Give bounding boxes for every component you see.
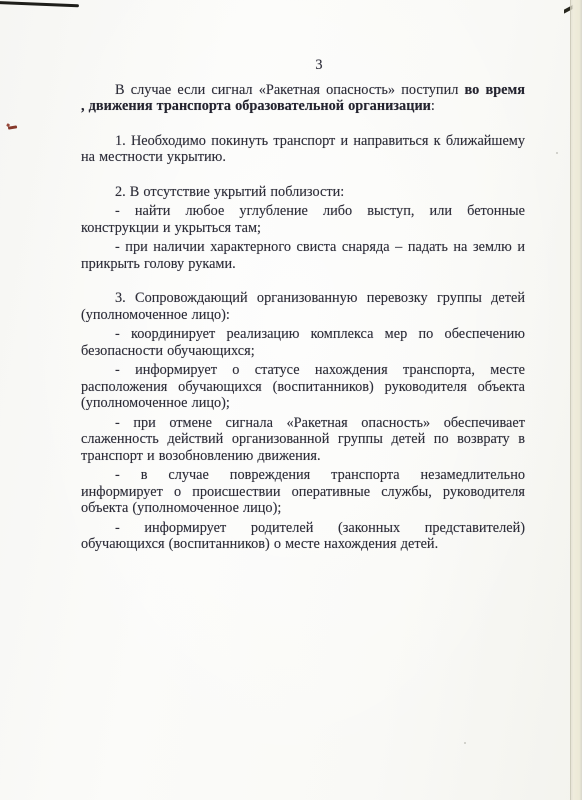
page-number: 3 — [81, 57, 525, 74]
paragraph-item1-leave-transport: 1. Необходимо покинуть транспорт и напра… — [81, 133, 525, 166]
intro-paragraph: В случае если сигнал «Ракетная опасность… — [81, 82, 525, 115]
paragraph-bullet-signal-cancelled: - при отмене сигнала «Ракетная опасность… — [81, 415, 525, 465]
paragraph-item3-escort-person: 3. Сопровождающий организованную перевоз… — [81, 290, 525, 323]
dust-speck — [556, 152, 558, 154]
document-text-block: 3 В случае если сигнал «Ракетная опаснос… — [81, 57, 525, 553]
intro-line1-regular: В случае если сигнал «Ракетная опасность… — [115, 82, 458, 98]
paragraph-bullet-coordinates-measures: - координирует реализацию комплекса мер … — [81, 326, 525, 359]
intro-line2-punct: : — [431, 98, 435, 114]
paragraph-bullet-informs-parents: - информирует родителей (законных предст… — [81, 520, 525, 553]
intro-line-1: В случае если сигнал «Ракетная опасность… — [81, 82, 525, 99]
paragraph-item2-no-shelter: 2. В отсутствие укрытий поблизости: — [81, 184, 525, 201]
intro-line2-bold: , движения транспорта образовательной ор… — [81, 98, 431, 114]
paragraph-bullet-transport-damage: - в случае повреждения транспорта незаме… — [81, 467, 525, 517]
paragraph-bullet-shell-whistle: - при наличии характерного свиста снаряд… — [81, 239, 525, 272]
red-pen-mark — [8, 125, 17, 129]
intro-line1-bold: во время — [465, 82, 525, 98]
paragraph-bullet-informs-status: - информирует о статусе нахождения транс… — [81, 362, 525, 412]
scan-artifact-top-left — [0, 1, 79, 7]
intro-line-2: , движения транспорта образовательной ор… — [81, 98, 525, 115]
scanned-document-page: 3 В случае если сигнал «Ракетная опаснос… — [0, 0, 582, 800]
scanner-margin-strip — [570, 0, 582, 800]
paragraph-bullet-find-recess: - найти любое углубление либо выступ, ил… — [81, 203, 525, 236]
dust-speck — [464, 742, 466, 744]
